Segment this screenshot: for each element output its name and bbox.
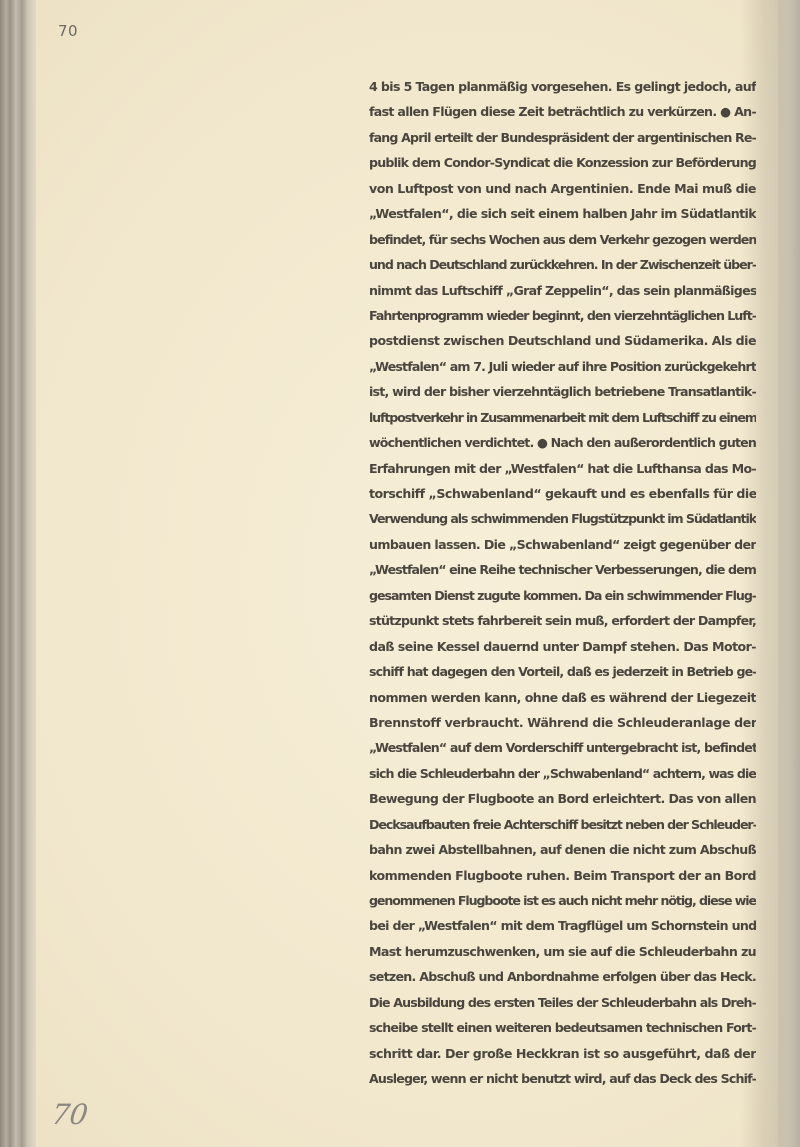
text-line: Verwendung als schwimmenden Flugstützpun… (369, 506, 756, 531)
text-line: „Westfalen“ auf dem Vorderschiff unterge… (369, 735, 756, 760)
handwritten-page-number: 70 (50, 1098, 90, 1131)
text-line: Bewegung der Flugboote an Bord erleichte… (369, 786, 756, 811)
text-line: Fahrtenprogramm wieder beginnt, den vier… (369, 303, 756, 328)
text-line: Mast herumzuschwenken, um sie auf die Sc… (369, 939, 756, 964)
text-line: von Luftpost von und nach Argentinien. E… (369, 176, 756, 201)
text-line: gesamten Dienst zugute kommen. Da ein sc… (369, 583, 756, 608)
book-page: 70 4 bis 5 Tagen planmäßig vorgesehen. E… (0, 0, 800, 1147)
text-line: nimmt das Luftschiff „Graf Zeppelin“, da… (369, 278, 756, 303)
text-line: fang April erteilt der Bundespräsident d… (369, 125, 756, 150)
text-line: bahn zwei Abstellbahnen, auf denen die n… (369, 837, 756, 862)
text-line: wöchentlichen verdichtet. ● Nach den auß… (369, 430, 756, 455)
text-line: torschiff „Schwabenland“ gekauft und es … (369, 481, 756, 506)
text-line: luftpostverkehr in Zusammenarbeit mit de… (369, 405, 756, 430)
text-line: postdienst zwischen Deutschland und Süda… (369, 328, 756, 353)
text-line: publik dem Condor-Syndicat die Konzessio… (369, 150, 756, 175)
text-line: nommen werden kann, ohne daß es während … (369, 685, 756, 710)
text-line: befindet, für sechs Wochen aus dem Verke… (369, 227, 756, 252)
text-line: kommenden Flugboote ruhen. Beim Transpor… (369, 863, 756, 888)
text-line: bei der „Westfalen“ mit dem Tragflügel u… (369, 913, 756, 938)
text-line: scheibe stellt einen weiteren bedeutsame… (369, 1015, 756, 1040)
text-line: 4 bis 5 Tagen planmäßig vorgesehen. Es g… (369, 74, 756, 99)
text-line: Erfahrungen mit der „Westfalen“ hat die … (369, 456, 756, 481)
book-spine-shadow (0, 0, 36, 1147)
text-line: schiff hat dagegen den Vorteil, daß es j… (369, 659, 756, 684)
text-line: sich die Schleuderbahn der „Schwabenland… (369, 761, 756, 786)
text-line: und nach Deutschland zurückkehren. In de… (369, 252, 756, 277)
text-line: Die Ausbildung des ersten Teiles der Sch… (369, 990, 756, 1015)
text-line: genommenen Flugboote ist es auch nicht m… (369, 888, 756, 913)
text-line: daß seine Kessel dauernd unter Dampf ste… (369, 634, 756, 659)
body-text: 4 bis 5 Tagen planmäßig vorgesehen. Es g… (369, 74, 756, 1092)
text-line: setzen. Abschuß und Anbordnahme erfolgen… (369, 964, 756, 989)
text-line: schritt dar. Der große Heckkran ist so a… (369, 1041, 756, 1066)
text-line: stützpunkt stets fahrbereit sein muß, er… (369, 608, 756, 633)
text-line: fast allen Flügen diese Zeit beträchtlic… (369, 99, 756, 124)
text-line: „Westfalen“ eine Reihe technischer Verbe… (369, 557, 756, 582)
text-line: „Westfalen“, die sich seit einem halben … (369, 201, 756, 226)
page-edge-shadow (778, 0, 800, 1147)
text-line: umbauen lassen. Die „Schwabenland“ zeigt… (369, 532, 756, 557)
text-line: „Westfalen“ am 7. Juli wieder auf ihre P… (369, 354, 756, 379)
printed-page-number: 70 (58, 22, 78, 40)
text-line: Decksaufbauten freie Achterschiff besitz… (369, 812, 756, 837)
text-line: ist, wird der bisher vierzehntäglich bet… (369, 379, 756, 404)
text-line: Brennstoff verbraucht. Während die Schle… (369, 710, 756, 735)
text-line: Ausleger, wenn er nicht benutzt wird, au… (369, 1066, 756, 1091)
